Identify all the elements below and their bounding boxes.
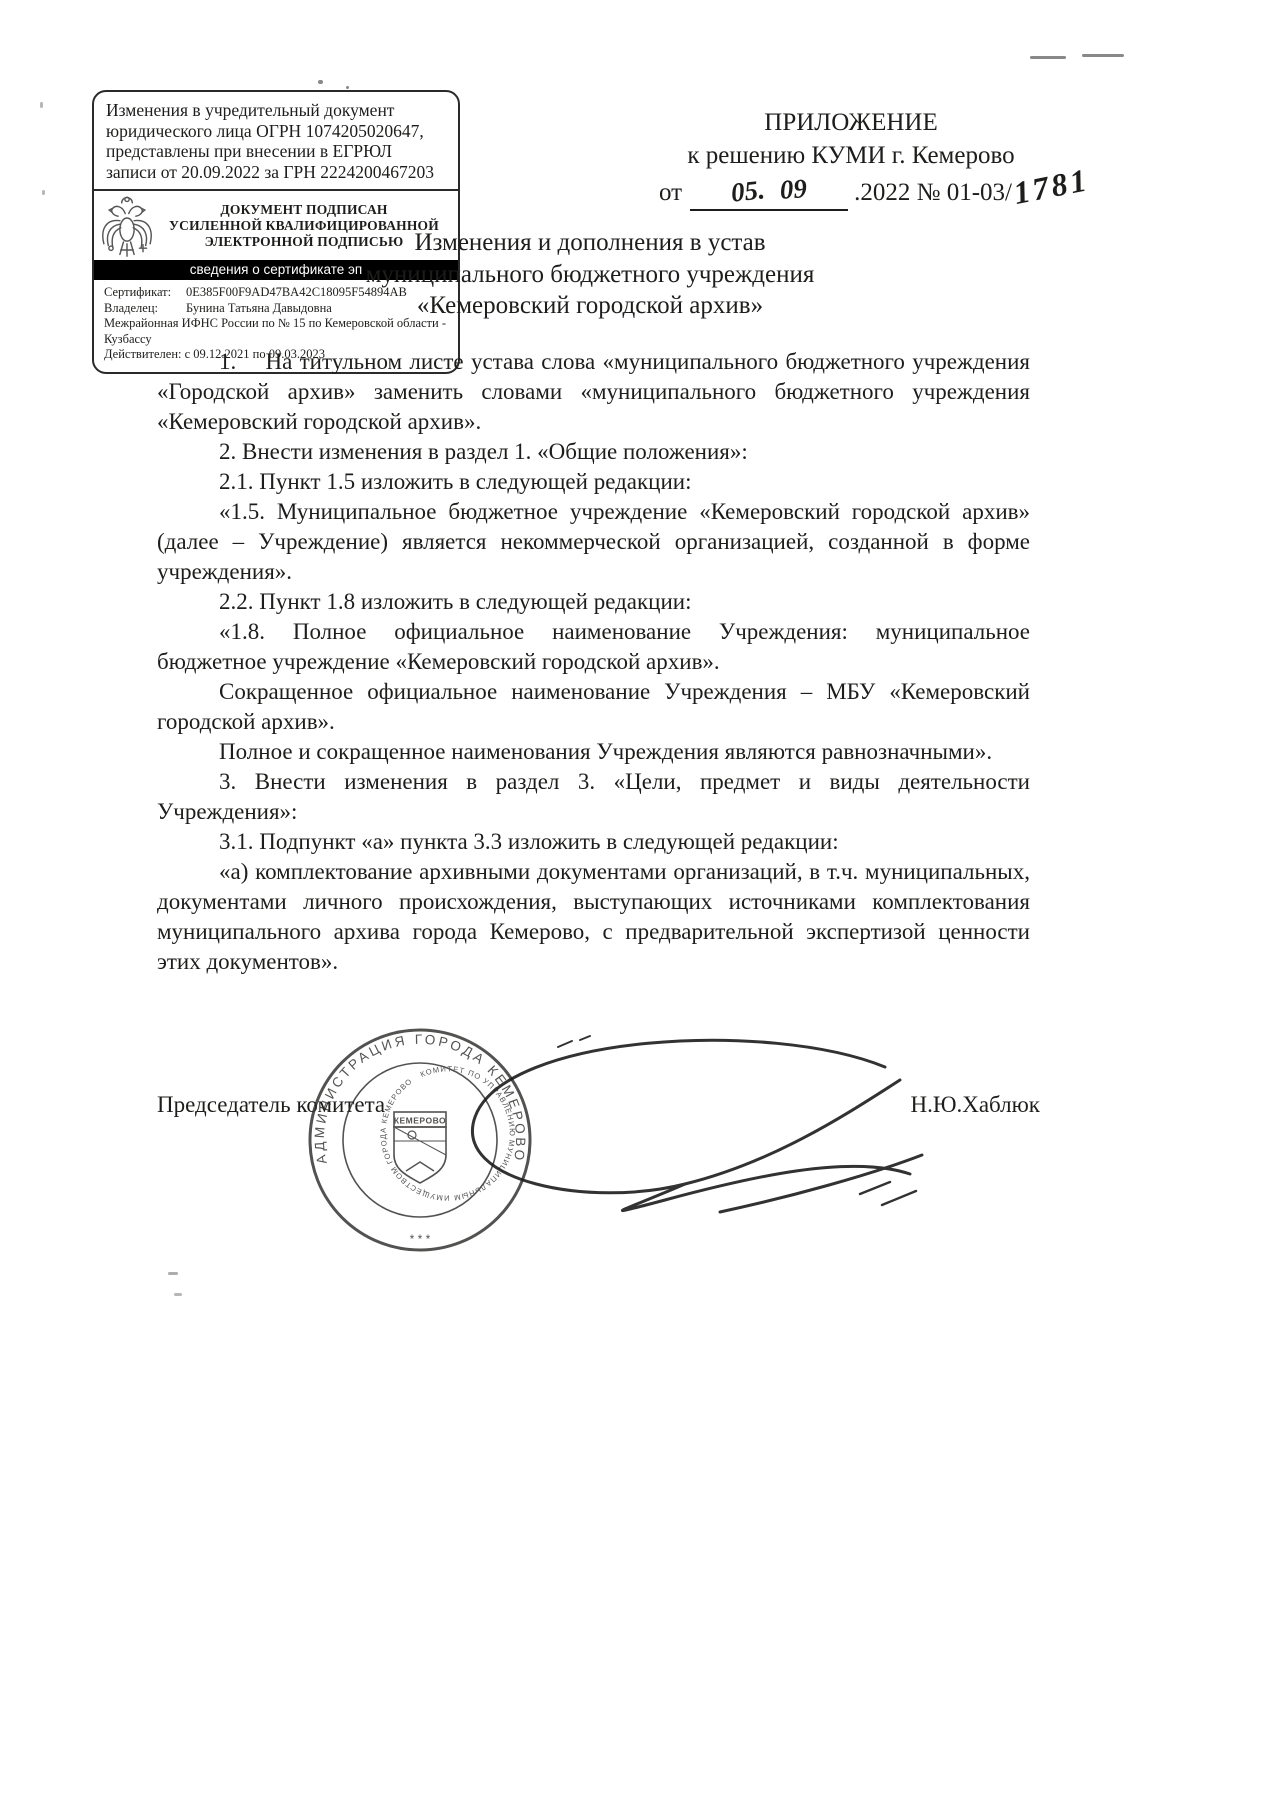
- date-blank: 05.09: [690, 175, 848, 211]
- body-paragraph: 3.1. Подпункт «а» пункта 3.3 изложить в …: [157, 827, 1030, 857]
- scan-artifact: [346, 86, 349, 89]
- registration-note-line: записи от 20.09.2022 за ГРН 222420046720…: [106, 162, 448, 183]
- body-paragraph: 1. На титульном листе устава слова «муни…: [157, 347, 1030, 437]
- scan-artifact: [318, 80, 323, 84]
- document-body: 1. На титульном листе устава слова «муни…: [157, 347, 1030, 977]
- scan-artifact: [40, 102, 43, 108]
- scan-artifact: [168, 1272, 178, 1275]
- date-prefix: от: [659, 179, 682, 206]
- scan-artifact: [42, 190, 45, 195]
- document-page: Изменения в учредительный документ юриди…: [0, 0, 1280, 1809]
- body-paragraph: «1.5. Муниципальное бюджетное учреждение…: [157, 497, 1030, 587]
- appendix-header: ПРИЛОЖЕНИЕ к решению КУМИ г. Кемерово от…: [645, 106, 1057, 211]
- body-paragraph: 3. Внести изменения в раздел 3. «Цели, п…: [157, 767, 1030, 827]
- stamp-title-line: ДОКУМЕНТ ПОДПИСАН: [156, 202, 452, 218]
- certificate-label: Сертификат:: [104, 285, 186, 301]
- body-paragraph: 2.2. Пункт 1.8 изложить в следующей реда…: [157, 587, 1030, 617]
- document-title: Изменения и дополнения в устав муниципал…: [230, 227, 950, 322]
- seal-bottom-marks: * * *: [410, 1232, 431, 1246]
- body-paragraph: «1.8. Полное официальное наименование Уч…: [157, 617, 1030, 677]
- registration-note: Изменения в учредительный документ юриди…: [94, 92, 458, 189]
- issuer-line: Кузбассу: [104, 332, 450, 348]
- title-line: муниципального бюджетного учреждения: [230, 259, 950, 291]
- date-suffix: .2022 № 01-03/: [854, 179, 1012, 206]
- scan-artifact: [1030, 56, 1066, 59]
- body-paragraph: 2. Внести изменения в раздел 1. «Общие п…: [157, 437, 1030, 467]
- scan-artifact: [174, 1293, 182, 1296]
- body-paragraph: 2.1. Пункт 1.5 изложить в следующей реда…: [157, 467, 1030, 497]
- registration-note-line: Изменения в учредительный документ: [106, 100, 448, 121]
- title-line: «Кемеровский городской архив»: [230, 290, 950, 322]
- appendix-to-line: к решению КУМИ г. Кемерово: [645, 139, 1057, 172]
- title-line: Изменения и дополнения в устав: [230, 227, 950, 259]
- registration-note-line: юридического лица ОГРН 1074205020647,: [106, 121, 448, 142]
- body-paragraph: Сокращенное официальное наименование Учр…: [157, 677, 1030, 737]
- appendix-title: ПРИЛОЖЕНИЕ: [645, 106, 1057, 139]
- handwritten-signature: [430, 1012, 950, 1227]
- registration-note-line: представлены при внесении в ЕГРЮЛ: [106, 141, 448, 162]
- body-paragraph: Полное и сокращенное наименования Учрежд…: [157, 737, 1030, 767]
- coat-of-arms-icon: [98, 194, 156, 258]
- handwritten-month: 09: [779, 172, 808, 207]
- owner-label: Владелец:: [104, 301, 186, 317]
- appendix-date-line: от05.09.2022 № 01-03/1781: [645, 173, 1057, 211]
- body-paragraph: «а) комплектование архивными документами…: [157, 857, 1030, 977]
- scan-artifact: [1082, 54, 1124, 57]
- handwritten-day: 05.: [729, 173, 766, 209]
